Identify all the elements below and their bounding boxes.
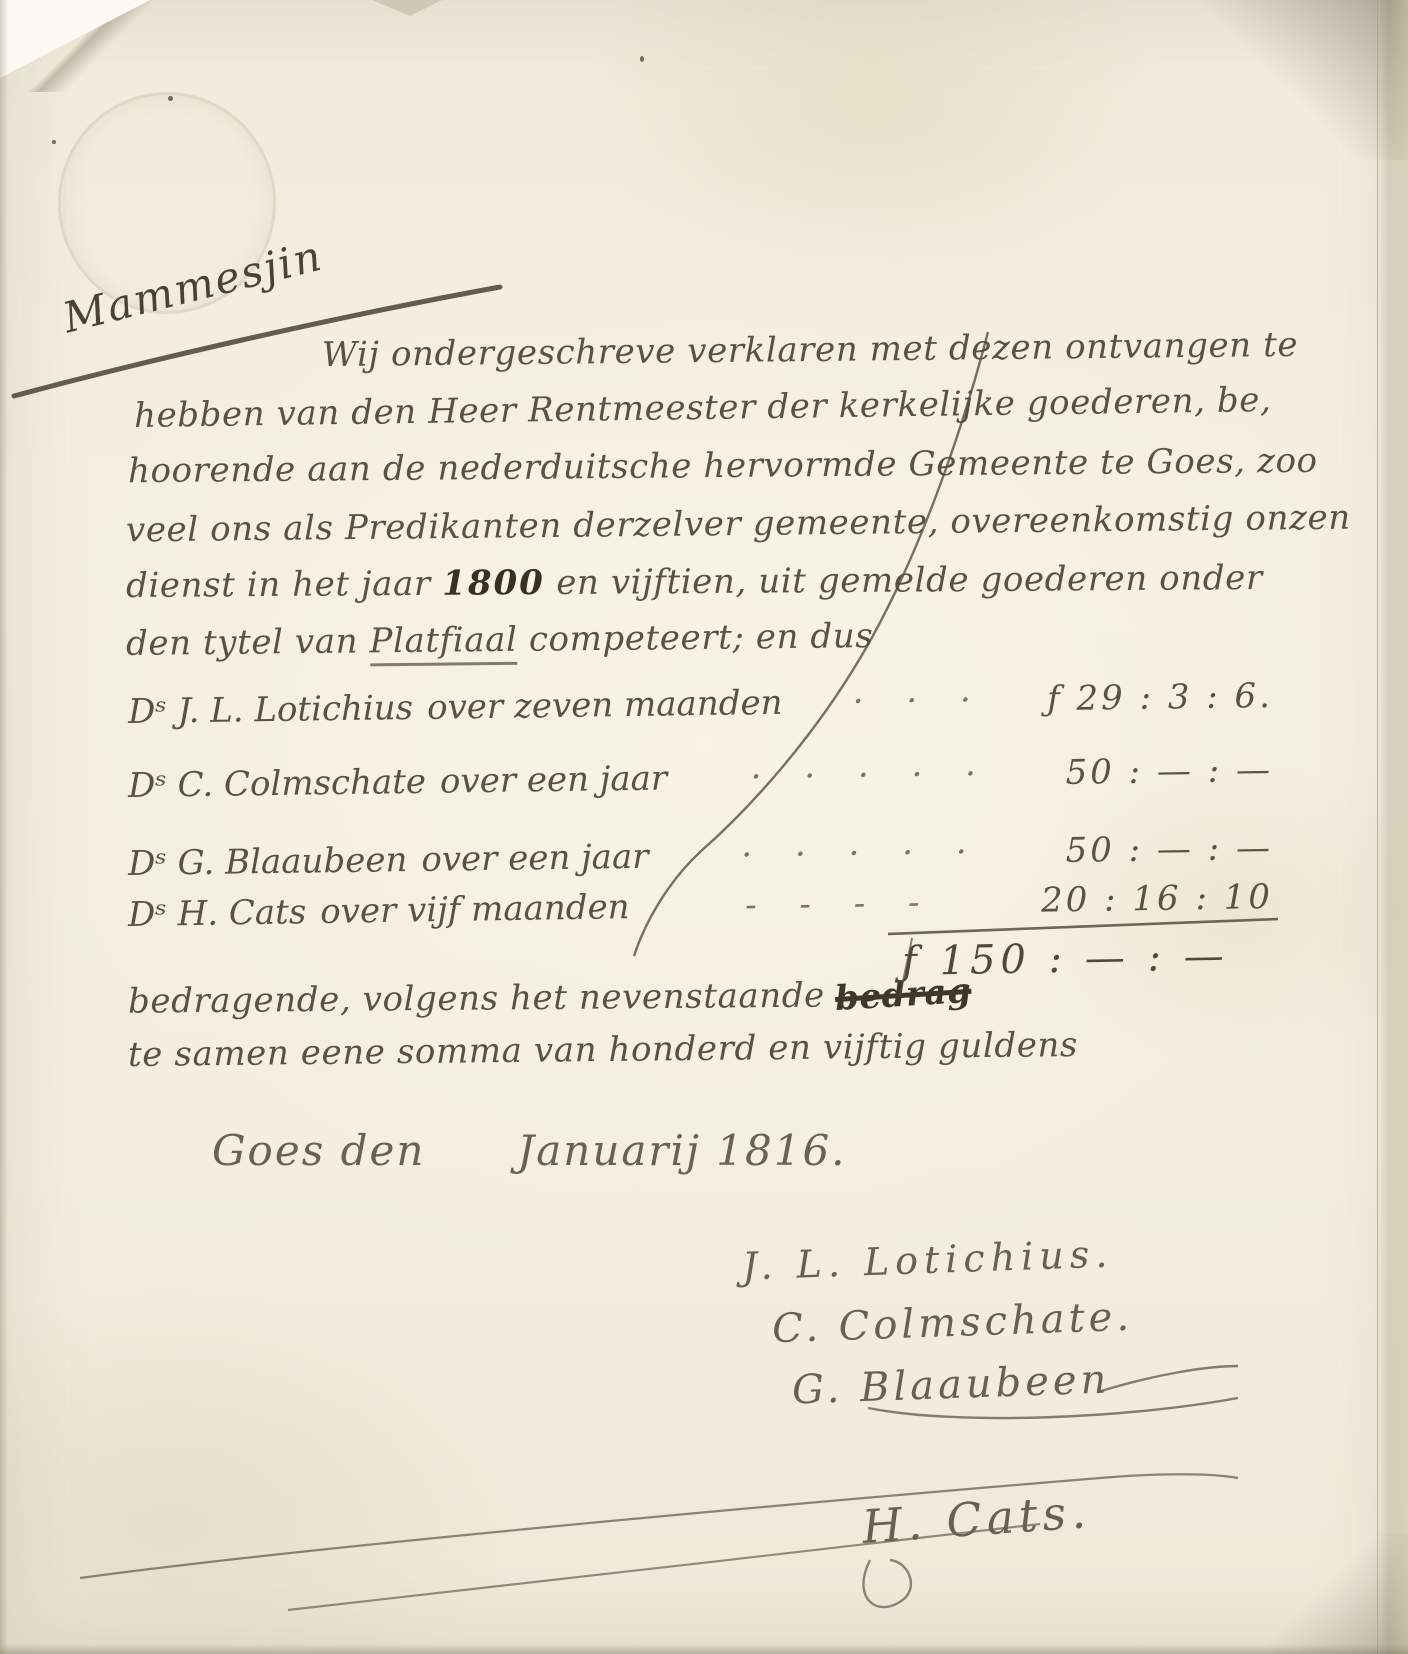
entry-period: over zeven maanden	[427, 683, 783, 728]
entry-row-cats: Dˢ H. Cats over vijf maanden - - - - 20 …	[128, 877, 1273, 935]
entry-amount: ƒ 29 : 3 : 6.	[1047, 676, 1273, 719]
top-edge-notch	[372, 0, 442, 16]
minister-name: Dˢ H. Cats	[128, 892, 307, 935]
top-right-corner-shade	[1178, 0, 1408, 160]
dateline: Goes denJanuarij 1816.	[212, 1126, 847, 1175]
minister-name: Dˢ J. L. Lotichius	[128, 688, 414, 732]
body-line-2: hebben van den Heer Rentmeester der kerk…	[134, 380, 1272, 436]
body-line-1: Wij ondergeschreve verklaren met dezen o…	[322, 325, 1298, 375]
dotted-leader: · · · · ·	[677, 753, 1066, 798]
right-page-edge	[1377, 0, 1408, 1654]
entry-period: over vijf maanden	[320, 887, 630, 932]
entry-amount: 50 : — : —	[1065, 828, 1273, 871]
blaaubeen-dash-flourish	[1098, 1366, 1238, 1392]
entry-row-lotichius: Dˢ J. L. Lotichius over zeven maanden · …	[128, 676, 1273, 732]
cats-descender-loop	[863, 1560, 910, 1607]
body-line-4: veel ons als Predikanten derzelver gemee…	[126, 498, 1351, 551]
body-line-6-post: competeert; en dus	[517, 616, 873, 660]
dotted-leader: · · · · ·	[658, 831, 1066, 877]
body-line-5-pre: dienst in het jaar	[126, 564, 442, 606]
dateline-date: Januarij 1816.	[517, 1126, 846, 1175]
document-page: Mammesjin Wij ondergeschreve verklaren m…	[0, 0, 1408, 1654]
closing-line-2: te samen eene somma van honderd en vijft…	[128, 1025, 1078, 1075]
entry-row-blaaubeen: Dˢ G. Blaaubeen over een jaar · · · · · …	[128, 828, 1273, 884]
minister-name: Dˢ C. Colmschate	[128, 762, 427, 806]
body-line-6-pre: den tytel van	[126, 621, 370, 664]
entry-amount: 20 : 16 : 10	[1041, 877, 1274, 921]
entry-row-colmschate: Dˢ C. Colmschate over een jaar · · · · ·…	[128, 750, 1273, 806]
struck-out-word: bedrag	[834, 971, 973, 1019]
dotted-leader: - - - -	[639, 881, 1041, 927]
entry-period: over een jaar	[440, 758, 668, 801]
signature-cats: H. Cats.	[860, 1484, 1092, 1554]
ink-speck	[168, 96, 173, 101]
signature-lotichius: J. L. Lotichius.	[741, 1232, 1114, 1289]
body-line-5: dienst in het jaar 1800 en vijftien, uit…	[126, 558, 1263, 606]
body-line-5-post: en vijftien, uit gemelde goederen onder	[545, 558, 1263, 603]
entry-period: over een jaar	[421, 837, 649, 880]
signature-blaaubeen: G. Blaaubeen	[791, 1356, 1111, 1413]
body-line-3: hoorende aan de nederduitsche hervormde …	[128, 441, 1318, 491]
closing-line-1: bedragende, volgens het nevenstaandebedr…	[128, 974, 972, 1021]
ink-speck	[640, 56, 644, 62]
bottom-page-edge	[0, 1644, 1408, 1654]
closing-line-1-text: bedragende, volgens het nevenstaande	[128, 976, 825, 1022]
underlined-title-platfiaal: Platfiaal	[369, 620, 517, 667]
dateline-place: Goes den	[212, 1126, 425, 1175]
dotted-leader: · · ·	[792, 679, 1047, 723]
signature-colmschate: C. Colmschate.	[771, 1294, 1133, 1353]
ink-speck	[52, 140, 56, 144]
left-page-edge	[0, 0, 8, 1654]
body-line-6: den tytel van Platfiaal competeert; en d…	[126, 616, 874, 664]
year-1800: 1800	[442, 563, 545, 604]
entry-amount: 50 : — : —	[1065, 750, 1273, 793]
minister-name: Dˢ G. Blaaubeen	[128, 840, 408, 884]
